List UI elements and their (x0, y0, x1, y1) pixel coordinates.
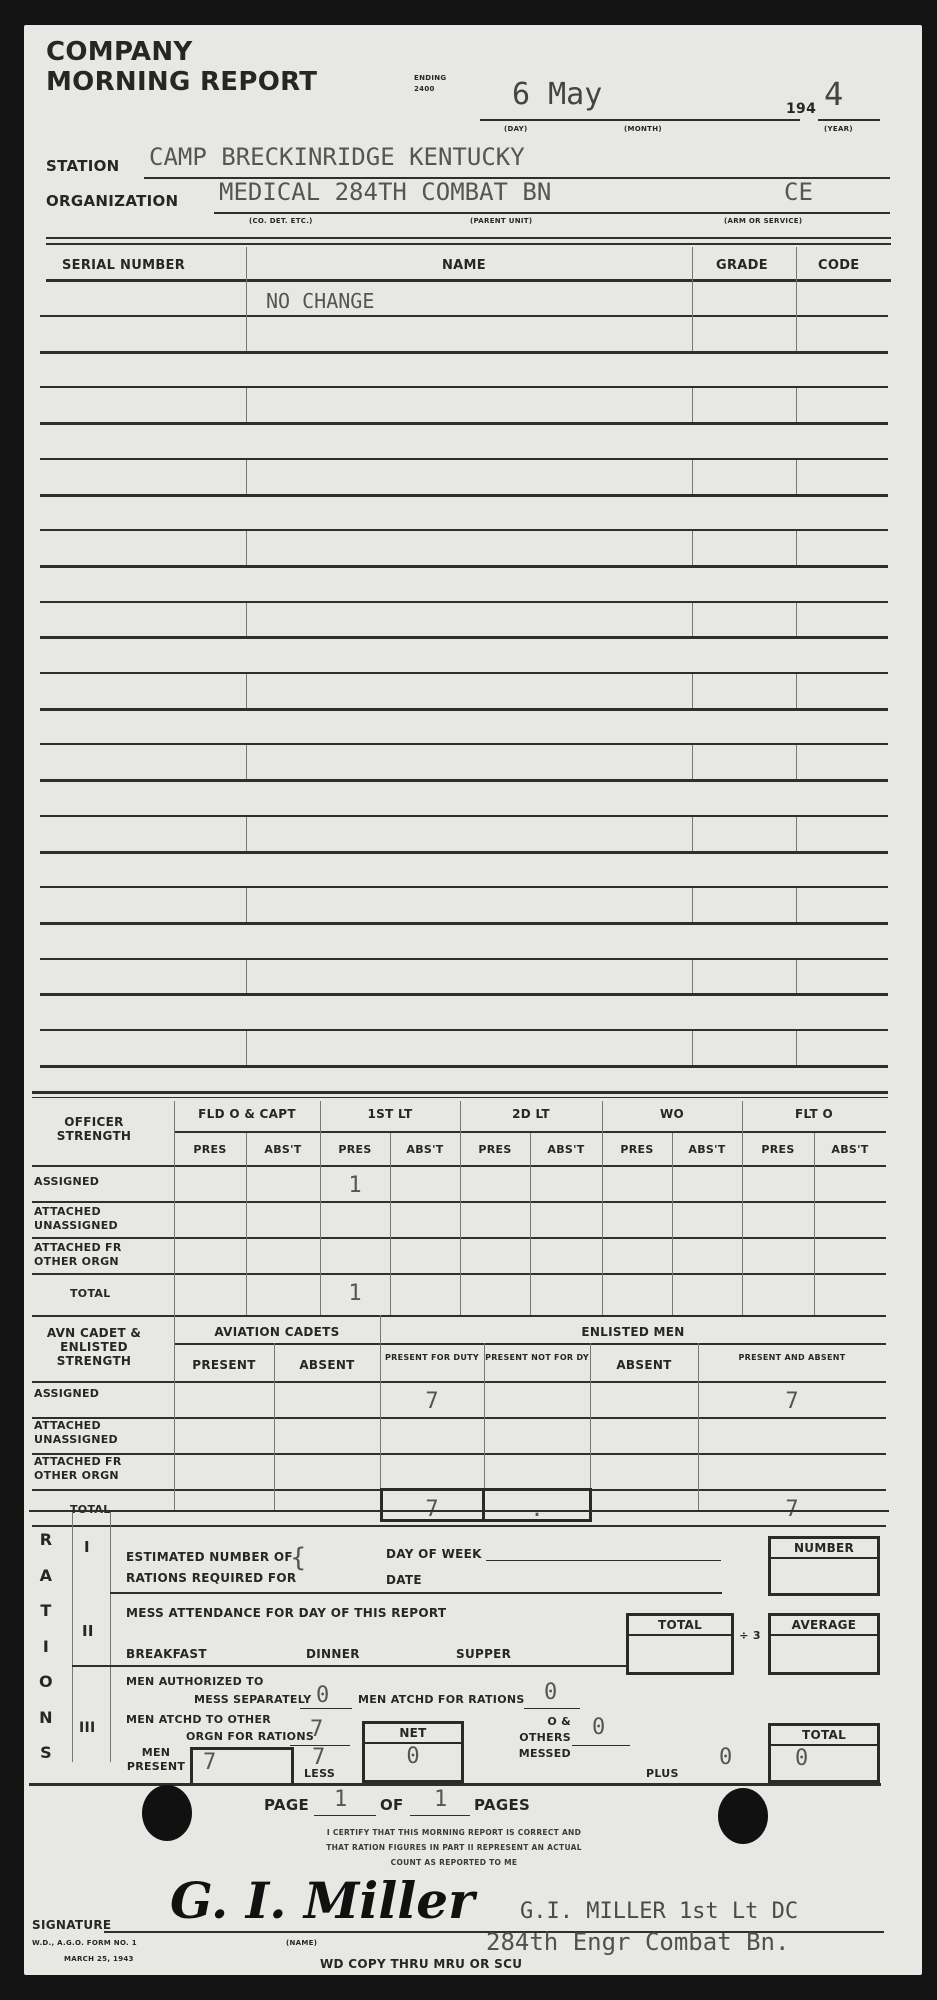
title-line-1: COMPANY (46, 37, 317, 67)
enlisted-column-header: PRESENT FOR DUTY (380, 1351, 484, 1364)
enlisted-column-header: PRESENT AND ABSENT (698, 1351, 886, 1364)
signature-label: SIGNATURE (32, 1918, 111, 1932)
part-1-text: ESTIMATED NUMBER OF RATIONS REQUIRED FOR (126, 1547, 296, 1589)
roster-col-divider (692, 531, 693, 565)
roster-row-line (40, 922, 888, 925)
roster-col-divider (246, 460, 247, 494)
roster-col-divider (692, 247, 693, 317)
rations-bottom-line (29, 1783, 881, 1786)
auth-label-2: MESS SEPARATELY (194, 1693, 312, 1706)
officer-group-header: 1ST LT (320, 1107, 460, 1121)
atchd-other-label-1: MEN ATCHD TO OTHER (126, 1713, 271, 1726)
roster-col-divider (796, 817, 797, 851)
roster-col-divider (796, 603, 797, 637)
caption-det: (CO. DET. ETC.) (249, 217, 313, 225)
certify-line: COUNT AS REPORTED TO ME (224, 1855, 684, 1870)
wd-copy-note: WD COPY THRU MRU OR SCU (320, 1957, 522, 1971)
roster-row-line (40, 386, 888, 388)
officer-row-label: ATTACHED UNASSIGNED (34, 1205, 164, 1233)
certification-text: I CERTIFY THAT THIS MORNING REPORT IS CO… (224, 1825, 684, 1870)
number-box: NUMBER (768, 1536, 880, 1596)
roster-col-divider (796, 388, 797, 422)
roster-col-divider (692, 388, 693, 422)
ration-total-value: 0 (771, 1746, 877, 1771)
roster-row-line (40, 422, 888, 425)
officer-row-line (32, 1201, 886, 1203)
side-letter: N (36, 1700, 56, 1736)
enlisted-row-label: ATTACHED UNASSIGNED (34, 1419, 164, 1447)
roster-col-divider (246, 317, 247, 351)
officer-row-label: ASSIGNED (34, 1175, 164, 1189)
roster-col-divider (796, 888, 797, 922)
roster-row-line (40, 494, 888, 497)
part-2-bottom (72, 1665, 626, 1667)
part-2-numeral: II (82, 1622, 94, 1640)
rations-divider-2 (110, 1512, 111, 1762)
roster-col-divider (246, 388, 247, 422)
typed-name: G.I. MILLER 1st Lt DC (520, 1899, 798, 1924)
roster-row-line (40, 708, 888, 711)
mess-attendance-label: MESS ATTENDANCE FOR DAY OF THIS REPORT (126, 1606, 446, 1620)
roster-row-line (40, 1029, 888, 1031)
others-underline (572, 1745, 630, 1746)
officer-row-line (32, 1237, 886, 1239)
officer-group-header: FLT O (742, 1107, 886, 1121)
header-grade: GRADE (716, 258, 768, 273)
roster-col-divider (796, 674, 797, 708)
officer-group-header: WO (602, 1107, 742, 1121)
enlisted-column-header: PRESENT NOT FOR DY (484, 1351, 590, 1364)
form-title: COMPANY MORNING REPORT (46, 37, 317, 97)
page-total-underline (410, 1815, 470, 1816)
atchd-rations-underline (524, 1708, 580, 1709)
enlisted-group-line (174, 1343, 886, 1345)
name-caption: (NAME) (286, 1939, 317, 1947)
roster-col-divider (246, 817, 247, 851)
average-label: AVERAGE (771, 1616, 877, 1636)
roster-col-divider (692, 745, 693, 779)
caption-parent: (PARENT UNIT) (470, 217, 532, 225)
officer-col-divider (742, 1101, 743, 1315)
mess-total-box: TOTAL (626, 1613, 734, 1675)
page-label: PAGE (264, 1796, 309, 1814)
net-label: NET (365, 1724, 461, 1744)
station-label: STATION (46, 157, 120, 175)
date-underline (480, 119, 800, 121)
officer-col-divider (602, 1101, 603, 1315)
side-letter: I (36, 1629, 56, 1665)
plus-label: PLUS (646, 1767, 679, 1780)
officer-row-line (32, 1273, 886, 1275)
others-line: MESSED (506, 1746, 571, 1762)
station-value: CAMP BRECKINRIDGE KENTUCKY (149, 143, 525, 171)
officer-sub-header: ABS'T (246, 1143, 320, 1156)
atchd-rations-label: MEN ATCHD FOR RATIONS (358, 1693, 525, 1706)
side-letter: R (36, 1522, 56, 1558)
enlisted-top-line (32, 1315, 886, 1317)
roster-col-divider (246, 745, 247, 779)
men-present-line: MEN (126, 1746, 186, 1760)
year-prefix: 194 (786, 101, 816, 117)
roster-col-divider (796, 960, 797, 994)
roster-row-line (40, 958, 888, 960)
roster-col-divider (796, 317, 797, 351)
net-value: 0 (365, 1744, 461, 1769)
enlisted-column-header: PRESENT (174, 1359, 274, 1372)
side-letter: A (36, 1558, 56, 1594)
rations-side-label: R A T I O N S (36, 1522, 56, 1771)
officer-sub-header: PRES (742, 1143, 814, 1156)
organization-underline (214, 212, 890, 214)
number-box-label: NUMBER (771, 1539, 877, 1559)
roster-row-line (40, 458, 888, 460)
roster-row-line (40, 565, 888, 568)
form-number: W.D., A.G.O. FORM NO. 1 (32, 1939, 137, 1947)
others-line: O & OTHERS (506, 1714, 571, 1746)
officer-cell: 1 (320, 1173, 390, 1198)
auth-label-1: MEN AUTHORIZED TO (126, 1675, 264, 1688)
mess-total-label: TOTAL (629, 1616, 731, 1636)
certify-line: THAT RATION FIGURES IN PART II REPRESENT… (224, 1840, 684, 1855)
roster-col-divider (692, 888, 693, 922)
officer-strength-title: OFFICER STRENGTH (34, 1115, 154, 1143)
day-caption: (DAY) (504, 125, 528, 133)
roster-row-line (40, 672, 888, 674)
roster-row-line (40, 993, 888, 996)
roster-row-line (40, 601, 888, 603)
officer-sub-header: PRES (602, 1143, 672, 1156)
plus-value: 0 (719, 1745, 732, 1770)
officer-sub-header: PRES (174, 1143, 246, 1156)
of-label: OF (380, 1796, 404, 1814)
roster-row-line (40, 815, 888, 817)
aviation-cadets-header: AVIATION CADETS (174, 1325, 380, 1339)
part-1-bottom (110, 1592, 722, 1594)
roster-col-divider (692, 317, 693, 351)
arm-service-value: CE (784, 178, 813, 206)
enlisted-col-divider (484, 1343, 485, 1511)
atchd-rations-value: 0 (544, 1680, 557, 1705)
enlisted-men-header: ENLISTED MEN (380, 1325, 886, 1339)
enlisted-row-line (32, 1525, 886, 1527)
enlisted-row-line (32, 1381, 886, 1383)
side-letter: T (36, 1593, 56, 1629)
men-present-value: 7 (193, 1750, 291, 1775)
roster-row-line (40, 351, 888, 354)
enlisted-col-divider (590, 1343, 591, 1511)
officer-col-divider (390, 1133, 391, 1315)
atchd-other-value: 7 (310, 1717, 323, 1742)
dinner-label: DINNER (306, 1647, 360, 1661)
roster-row-line (40, 886, 888, 888)
roster-entry-no-change: NO CHANGE (266, 289, 374, 313)
roster-col-divider (692, 960, 693, 994)
roster-col-divider (692, 460, 693, 494)
officer-col-divider (246, 1133, 247, 1315)
brace-icon: { (290, 1543, 307, 1573)
day-of-week-label: DAY OF WEEK (386, 1547, 482, 1561)
officer-group-header: 2D LT (460, 1107, 602, 1121)
year-underline (818, 119, 880, 121)
year-caption: (YEAR) (824, 125, 853, 133)
officer-sub-header: ABS'T (390, 1143, 460, 1156)
officer-sub-header: PRES (460, 1143, 530, 1156)
auth-underline (300, 1708, 352, 1709)
roster-col-divider (796, 247, 797, 317)
roster-col-divider (246, 960, 247, 994)
divide-by-three: ÷ 3 (738, 1629, 762, 1642)
enlisted-row-label: ASSIGNED (34, 1387, 164, 1401)
enlisted-column-header: ABSENT (274, 1359, 380, 1372)
enlisted-col-divider (174, 1315, 175, 1511)
less-value: 7 (312, 1745, 325, 1770)
men-present-label: MEN PRESENT (126, 1746, 186, 1774)
part-3-numeral: III (79, 1720, 96, 1736)
officer-group-header: FLD O & CAPT (174, 1107, 320, 1121)
officer-cell: 1 (320, 1281, 390, 1306)
roster-col-divider (246, 247, 247, 317)
title-line-2: MORNING REPORT (46, 67, 317, 97)
page-number: 1 (334, 1787, 347, 1812)
officer-row-line (32, 1165, 886, 1167)
roster-col-divider (796, 1031, 797, 1065)
officer-col-divider (814, 1133, 815, 1315)
header-serial-number: SERIAL NUMBER (62, 258, 185, 273)
men-present-box: 7 (190, 1747, 294, 1785)
enlisted-strength-title: AVN CADET & ENLISTED STRENGTH (34, 1326, 154, 1368)
ending-label: ENDING 2400 (414, 73, 450, 95)
roster-row-line (40, 529, 888, 531)
roster-col-divider (692, 674, 693, 708)
officer-sub-header: ABS'T (814, 1143, 886, 1156)
roster-row-line (40, 851, 888, 854)
certify-line: I CERTIFY THAT THIS MORNING REPORT IS CO… (224, 1825, 684, 1840)
enlisted-cell: 7 (380, 1389, 484, 1414)
ration-total-label: TOTAL (771, 1726, 877, 1746)
officer-col-divider (672, 1133, 673, 1315)
enlisted-col-divider (274, 1343, 275, 1511)
officer-sub-header: ABS'T (530, 1143, 602, 1156)
part-1-numeral: I (84, 1538, 90, 1556)
net-box: NET 0 (362, 1721, 464, 1783)
roster-col-divider (692, 1031, 693, 1065)
handwritten-signature: G. I. Miller (170, 1871, 474, 1930)
morning-report-form: COMPANY MORNING REPORT ENDING 2400 6 May… (24, 25, 922, 1975)
ration-total-box: TOTAL 0 (768, 1723, 880, 1783)
officer-row-label: ATTACHED FR OTHER ORGN (34, 1241, 164, 1269)
page-num-underline (314, 1815, 376, 1816)
header-code: CODE (818, 258, 859, 273)
officer-row-label: TOTAL (34, 1287, 200, 1301)
atchd-other-label-2: ORGN FOR RATIONS (186, 1730, 314, 1743)
form-date: MARCH 25, 1943 (64, 1955, 134, 1963)
enlisted-row-label: ATTACHED FR OTHER ORGN (34, 1455, 164, 1483)
roster-col-divider (246, 1031, 247, 1065)
header-name: NAME (442, 258, 486, 273)
others-messed-label: O & OTHERS MESSED (506, 1714, 571, 1762)
roster-row-line (40, 779, 888, 782)
roster-row-line (40, 315, 888, 317)
enlisted-total-box (380, 1488, 592, 1522)
rations-divider-1 (72, 1512, 73, 1762)
supper-label: SUPPER (456, 1647, 511, 1661)
roster-col-divider (246, 674, 247, 708)
roster-row-line (40, 743, 888, 745)
pages-label: PAGES (474, 1796, 530, 1814)
roster-bottom-line (32, 1091, 888, 1094)
enlisted-cell: 7 (698, 1389, 886, 1414)
roster-col-divider (692, 817, 693, 851)
day-of-week-line (486, 1560, 721, 1561)
officer-col-divider (174, 1101, 175, 1315)
caption-arm: (ARM OR SERVICE) (724, 217, 802, 225)
roster-col-divider (246, 531, 247, 565)
roster-col-divider (692, 603, 693, 637)
month-caption: (MONTH) (624, 125, 662, 133)
roster-header-bottom (46, 279, 891, 282)
roster-row-line (40, 636, 888, 639)
average-box: AVERAGE (768, 1613, 880, 1675)
part-1-text-line: RATIONS REQUIRED FOR (126, 1568, 296, 1589)
side-letter: S (36, 1735, 56, 1771)
report-year-digit: 4 (824, 75, 843, 113)
officer-col-divider (460, 1101, 461, 1315)
side-letter: O (36, 1664, 56, 1700)
report-day-month: 6 May (512, 77, 602, 112)
organization-label: ORGANIZATION (46, 192, 178, 210)
others-value: 0 (592, 1715, 605, 1740)
roster-top-line-2 (46, 243, 891, 245)
part-1-text-line: ESTIMATED NUMBER OF (126, 1547, 296, 1568)
auth-value: 0 (316, 1683, 329, 1708)
roster-col-divider (796, 531, 797, 565)
punch-hole-left-icon (142, 1785, 192, 1841)
officer-col-divider (530, 1133, 531, 1315)
page-total: 1 (434, 1787, 447, 1812)
roster-col-divider (246, 603, 247, 637)
breakfast-label: BREAKFAST (126, 1647, 207, 1661)
men-present-line: PRESENT (126, 1760, 186, 1774)
enlisted-total-box-divider (482, 1489, 485, 1521)
roster-col-divider (796, 745, 797, 779)
roster-col-divider (796, 460, 797, 494)
unit-line: 284th Engr Combat Bn. (486, 1928, 789, 1956)
enlisted-col-divider (698, 1343, 699, 1511)
enlisted-column-header: ABSENT (590, 1359, 698, 1372)
officer-sub-header: PRES (320, 1143, 390, 1156)
roster-row-line (40, 1065, 888, 1068)
officer-sub-header: ABS'T (672, 1143, 742, 1156)
organization-value: MEDICAL 284TH COMBAT BN (219, 178, 551, 206)
roster-top-line (46, 237, 891, 239)
roster-col-divider (246, 888, 247, 922)
roster-bottom-line-2 (32, 1097, 888, 1098)
punch-hole-right-icon (718, 1788, 768, 1844)
rations-top-line (29, 1510, 889, 1512)
date-label: DATE (386, 1573, 422, 1587)
